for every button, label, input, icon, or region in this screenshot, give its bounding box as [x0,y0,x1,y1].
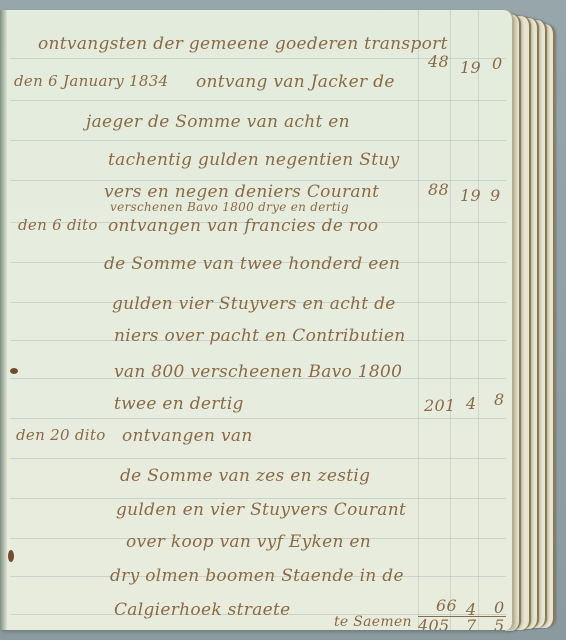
entry-line: over koop van vyf Eyken en [126,532,371,552]
entry-deniers: 8 [494,390,504,409]
entry-line: van 800 verscheenen Bavo 1800 [114,362,402,382]
entry-line: tachentig gulden negentien Stuy [108,150,399,170]
entry-line: dry olmen boomen Staende in de [110,566,404,586]
interlinear-note: verschenen Bavo 1800 drye en dertig [110,200,349,214]
entry-line: jaeger de Somme van acht en [86,112,350,132]
entry-line: ontvang van Jacker de [196,72,395,92]
column-rule [478,10,479,630]
total-deniers: 5 [494,616,504,630]
ruled-line [10,418,506,419]
ruled-line [10,140,506,141]
entry-line: ontvangen van francies de roo [108,216,378,236]
binding-edge [0,10,7,630]
entry-line: gulden en vier Stuyvers Courant [116,500,406,520]
total-guilders: 405 [418,616,449,630]
entry-date: den 20 dito [16,426,106,444]
entry-stuivers: 19 [460,186,481,205]
footer-note: te Saemen [334,614,412,630]
ruled-line [10,458,506,459]
entry-deniers: 9 [490,186,500,205]
ink-stain [10,368,18,374]
entry-stuivers: 4 [466,394,476,413]
total-stuivers: 7 [466,616,476,630]
carried-guilders: 48 [428,52,449,71]
entry-line: Calgierhoek straete [114,600,291,620]
ruled-line [10,498,506,499]
entry-guilders: 201 [424,396,455,415]
entry-date: den 6 January 1834 [14,72,168,90]
ledger-page: ontvangsten der gemeene goederen transpo… [0,10,514,630]
column-rule [450,10,451,630]
column-rule [418,10,419,630]
entry-guilders: 88 [428,180,449,199]
entry-line: de Somme van twee honderd een [104,254,400,274]
ruled-line [10,100,506,101]
entry-guilders: 66 [436,596,457,615]
entry-line: niers over pacht en Contributien [114,326,406,346]
entry-line: gulden vier Stuyvers en acht de [112,294,396,314]
entry-line: vers en negen deniers Courant [104,182,379,202]
entry-line: de Somme van zes en zestig [120,466,370,486]
entry-deniers: 0 [494,598,504,617]
header-line: ontvangsten der gemeene goederen transpo… [38,34,448,54]
carried-deniers: 0 [492,54,502,73]
entry-line: ontvangen van [122,426,253,446]
ink-stain [8,550,14,562]
entry-date: den 6 dito [18,216,98,234]
carried-stuivers: 19 [460,58,481,77]
entry-line: twee en dertig [114,394,244,414]
